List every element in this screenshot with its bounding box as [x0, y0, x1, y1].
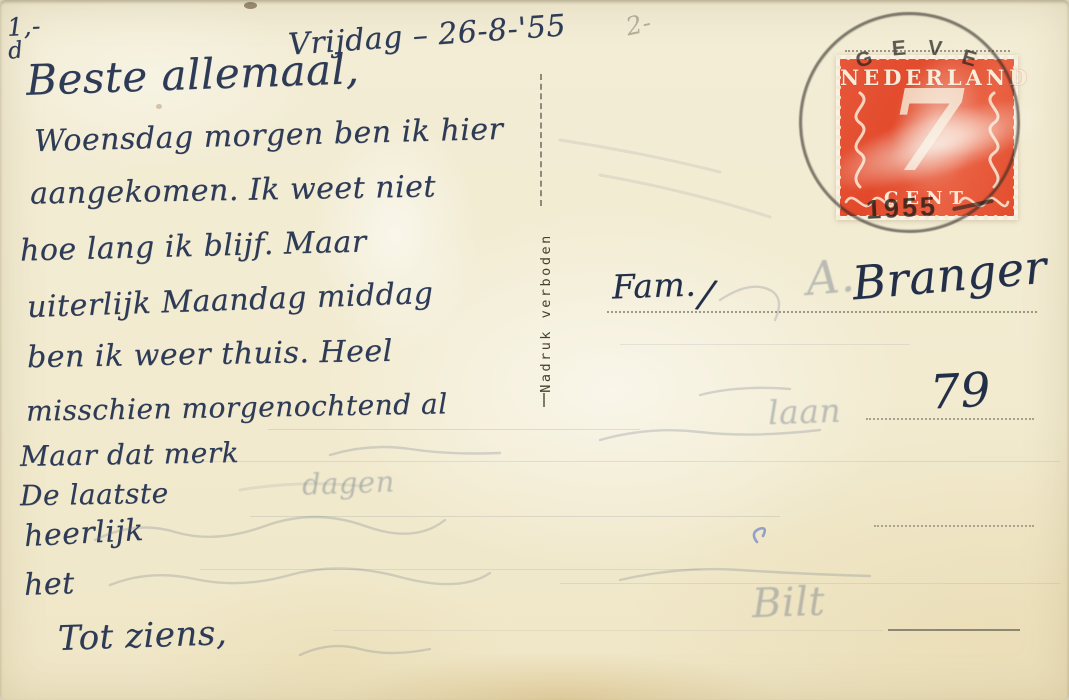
blue-ink-mark	[754, 528, 765, 542]
stain-spot	[156, 104, 162, 109]
stain-spot	[244, 2, 257, 9]
postcard-back: 1,- d 2- Vrijdag – 26-8-'55 Beste allema…	[0, 0, 1069, 700]
